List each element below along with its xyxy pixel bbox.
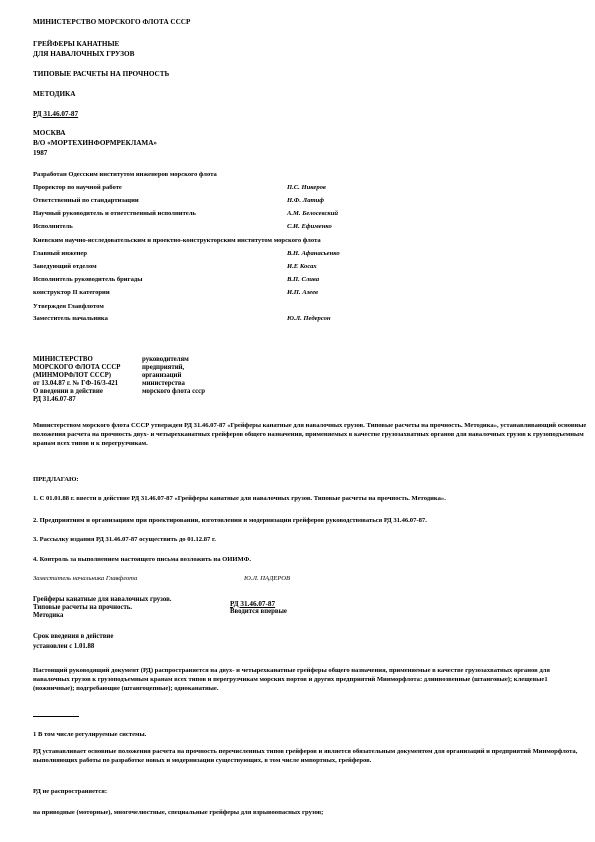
credit-role: Исполнитель xyxy=(33,223,73,230)
subtitle: ТИПОВЫЕ РАСЧЕТЫ НА ПРОЧНОСТЬ xyxy=(33,70,169,79)
not-applicable-item: на приводные (моторные), многочелюстные,… xyxy=(33,808,323,817)
order-line: РД 31.46.07-87 xyxy=(33,396,120,404)
credit-name: А.М. Белосевский xyxy=(287,210,338,217)
footnote-divider xyxy=(33,716,79,717)
credit-row: Главный инженер В.Н. Афанасьенко xyxy=(33,250,573,261)
credit-name: П.С. Никеров xyxy=(287,184,326,191)
credit-row: Исполнитель С.И. Ефименко xyxy=(33,223,573,234)
year: 1987 xyxy=(33,149,47,158)
order-line: предприятий, xyxy=(142,364,205,372)
order-addressor: МИНИСТЕРСТВО МОРСКОГО ФЛОТА СССР (МИНМОР… xyxy=(33,356,120,404)
credit-role: Ответственный по стандартизации xyxy=(33,197,139,204)
title-line-2: ДЛЯ НАВАЛОЧНЫХ ГРУЗОВ xyxy=(33,50,134,59)
credit-role: Главный инженер xyxy=(33,250,87,257)
credit-name: В.П. Слива xyxy=(287,276,319,283)
credit-name: Ю.Л. Педерсон xyxy=(287,315,331,322)
credit-row: Проректор по научной работе П.С. Никеров xyxy=(33,184,573,195)
scope-paragraph: Настоящий руководящий документ (РД) расп… xyxy=(33,666,588,693)
order-line: О введении в действие xyxy=(33,388,120,396)
credit-name: И.П. Азеев xyxy=(287,289,318,296)
doc-box-line: Методика xyxy=(33,612,171,620)
credit-role: Исполнитель руководитель бригады xyxy=(33,276,142,283)
credit-row: Исполнитель руководитель бригады В.П. Сл… xyxy=(33,276,573,287)
proposal-item: 1. С 01.01.88 г. ввести в действие РД 31… xyxy=(33,494,446,503)
credit-row: Ответственный по стандартизации Н.Ф. Лат… xyxy=(33,197,573,208)
credit-name: С.И. Ефименко xyxy=(287,223,332,230)
order-addressee: руководителям предприятий, организаций м… xyxy=(142,356,205,396)
institute-2: Киевским научно-исследовательским и прое… xyxy=(33,236,321,245)
order-line: МОРСКОГО ФЛОТА СССР xyxy=(33,364,120,372)
rd-paragraph: РД устанавливает основные положения расч… xyxy=(33,747,588,765)
effective-date: Срок введения в действие установлен с 1.… xyxy=(33,633,113,651)
doc-box-line: Типовые расчеты на прочность. xyxy=(33,604,171,612)
proposal-heading: ПРЕДЛАГАЮ: xyxy=(33,475,79,484)
effective-line-1: Срок введения в действие xyxy=(33,633,113,641)
proposal-item: 4. Контроль за выполнением настоящего пи… xyxy=(33,555,251,564)
order-line: (МИНМОРФЛОТ СССР) xyxy=(33,372,120,380)
proposal-item: 3. Рассылку издания РД 31.46.07-87 осуще… xyxy=(33,535,216,544)
doc-box-code: РД 31.46.07-87 xyxy=(230,600,287,608)
credit-name: Н.Ф. Латиф xyxy=(287,197,324,204)
ministry-title: МИНИСТЕРСТВО МОРСКОГО ФЛОТА СССР xyxy=(33,18,190,27)
credit-row: Заведующий отделом И.Е Косах xyxy=(33,263,573,274)
signature-name: Ю.Л. ПАДЕРОВ xyxy=(244,574,290,583)
credit-row: Научный руководитель и ответственный исп… xyxy=(33,210,573,221)
order-line: морского флота ссср xyxy=(142,388,205,396)
credit-role: конструктор II категории xyxy=(33,289,110,296)
city: МОСКВА xyxy=(33,129,65,138)
footnote: 1 В том числе регулируемые системы. xyxy=(33,730,146,739)
order-line: от 13.04.87 г. № ГФ-16/3-421 xyxy=(33,380,120,388)
intro-paragraph: Министерством морского флота СССР утверж… xyxy=(33,421,588,448)
doc-box-code-block: РД 31.46.07-87 Вводится впервые xyxy=(230,600,287,616)
publisher: В/О «МОРТЕХИНФОРМРЕКЛАМА» xyxy=(33,139,157,148)
doc-box-line: Грейферы канатные для навалочных грузов. xyxy=(33,596,171,604)
doc-box-note: Вводится впервые xyxy=(230,608,287,616)
credit-role: Научный руководитель и ответственный исп… xyxy=(33,210,196,217)
not-applicable-heading: РД не распространяется: xyxy=(33,787,107,796)
order-line: руководителям xyxy=(142,356,205,364)
credit-row: Заместитель начальника Ю.Л. Педерсон xyxy=(33,315,573,326)
effective-line-2: установлен с 1.01.88 xyxy=(33,643,113,651)
order-line: организаций xyxy=(142,372,205,380)
developed-by: Разработан Одесским институтом инженеров… xyxy=(33,170,217,179)
order-line: министерства xyxy=(142,380,205,388)
signature-role: Заместитель начальника Главфлота xyxy=(33,574,137,583)
order-line: МИНИСТЕРСТВО xyxy=(33,356,120,364)
doc-code: РД 31.46.07-87 xyxy=(33,110,78,119)
credit-name: И.Е Косах xyxy=(287,263,317,270)
credit-role: Проректор по научной работе xyxy=(33,184,122,191)
credit-role: Заведующий отделом xyxy=(33,263,97,270)
credit-name: В.Н. Афанасьенко xyxy=(287,250,340,257)
doc-type: МЕТОДИКА xyxy=(33,90,75,99)
credit-role: Заместитель начальника xyxy=(33,315,108,322)
proposal-item: 2. Предприятиям и организациям при проек… xyxy=(33,516,427,525)
approved-by: Утвержден Главфлотом xyxy=(33,302,104,311)
doc-box-title: Грейферы канатные для навалочных грузов.… xyxy=(33,596,171,620)
credit-row: конструктор II категории И.П. Азеев xyxy=(33,289,573,300)
title-line-1: ГРЕЙФЕРЫ КАНАТНЫЕ xyxy=(33,40,119,49)
